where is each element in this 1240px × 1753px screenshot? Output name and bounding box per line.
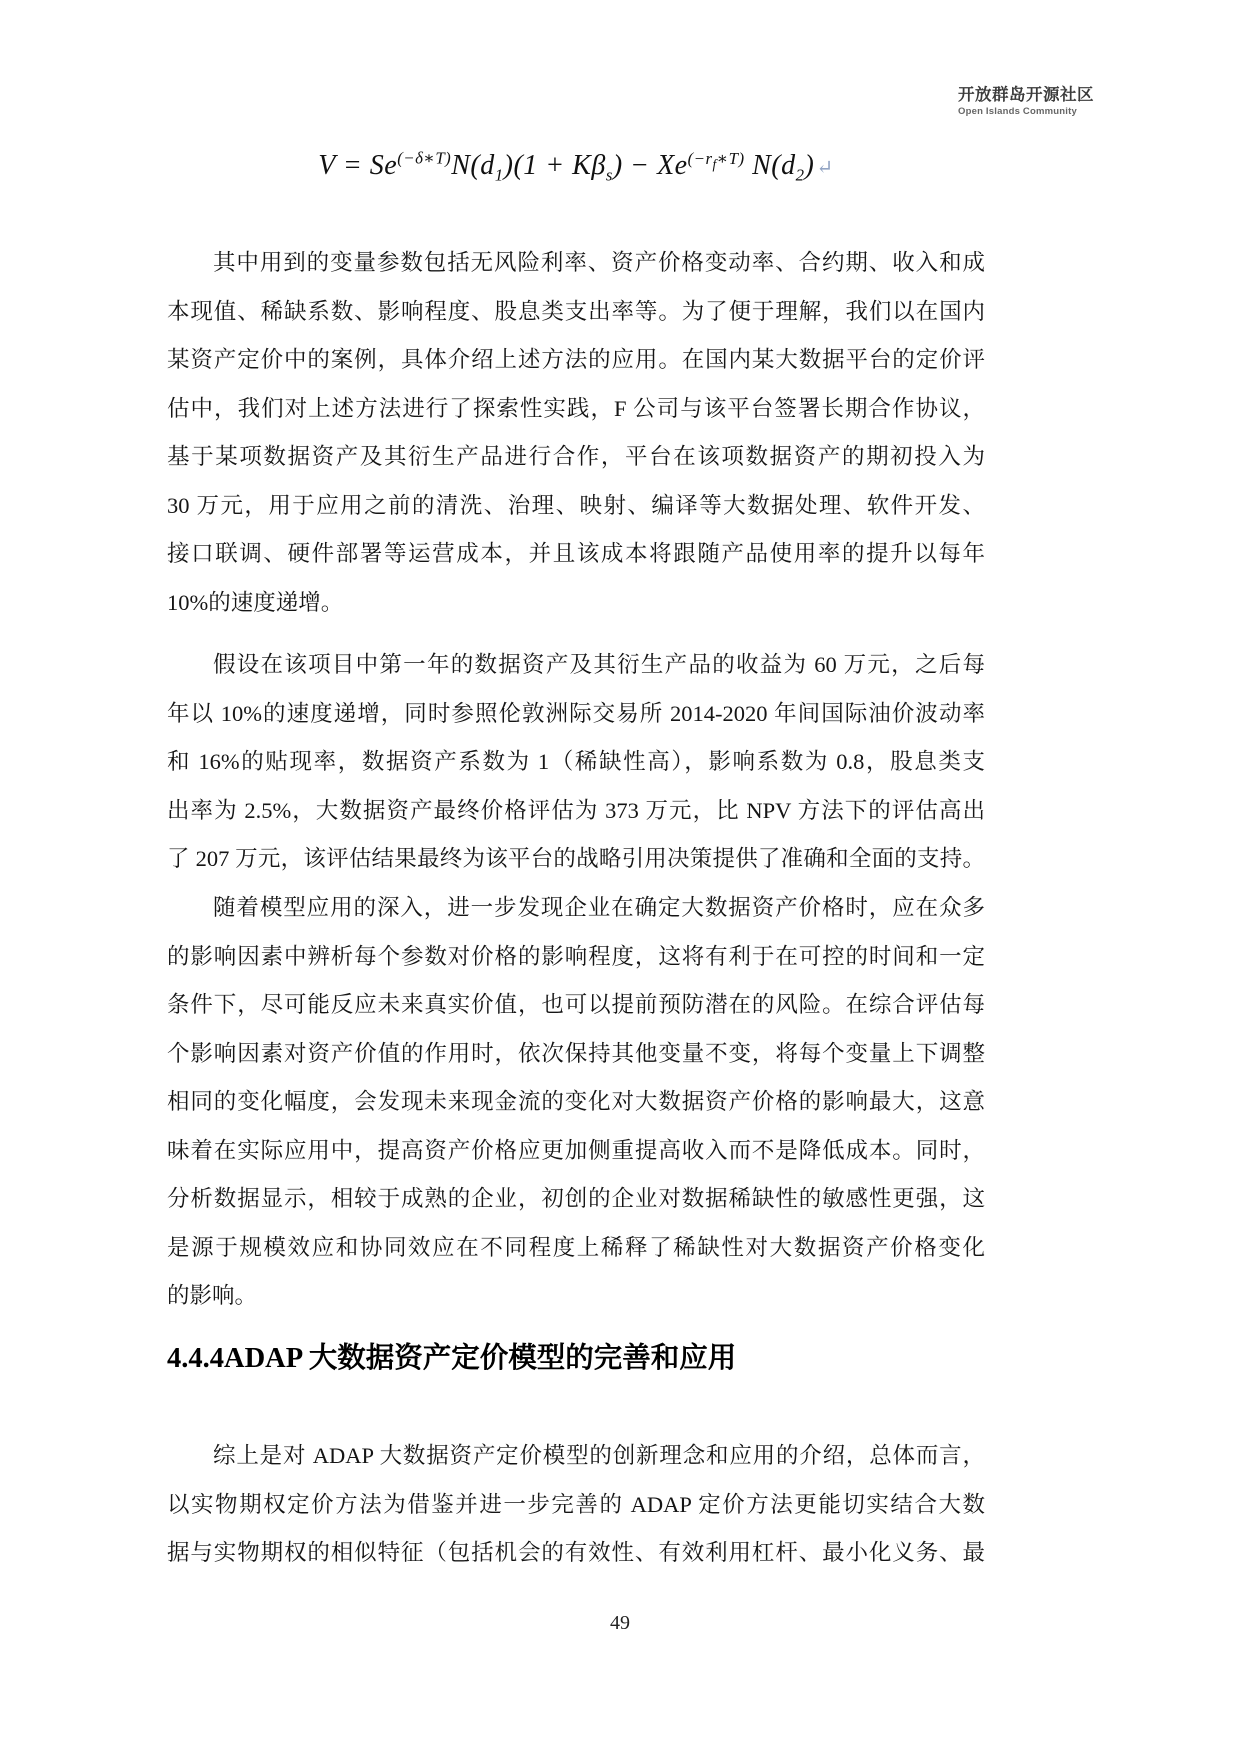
text-line: 是源于规模效应和协同效应在不同程度上稀释了稀缺性对大数据资产价格变化 <box>167 1224 985 1273</box>
paragraph-4: 综上是对 ADAP 大数据资产定价模型的创新理念和应用的介绍，总体而言， 以实物… <box>167 1432 985 1578</box>
formula-n2-end: ) <box>805 150 815 181</box>
text-line: 30 万元，用于应用之前的清洗、治理、映射、编译等大数据处理、软件开发、 <box>167 482 985 531</box>
formula-mid1: )(1 + Kβ <box>504 150 606 181</box>
org-logo: 开放群岛开源社区 Open Islands Community <box>903 76 1053 128</box>
paragraph-return-icon: ↵ <box>816 157 833 179</box>
text-line: 其中用到的变量参数包括无风险利率、资产价格变动率、合约期、收入和成 <box>167 239 985 288</box>
formula-exp2-a: (−r <box>688 149 713 168</box>
paragraph-2: 假设在该项目中第一年的数据资产及其衍生产品的收益为 60 万元，之后每 年以 1… <box>167 641 985 884</box>
text-line: 假设在该项目中第一年的数据资产及其衍生产品的收益为 60 万元，之后每 <box>167 641 985 690</box>
text-line: 某资产定价中的案例，具体介绍上述方法的应用。在国内某大数据平台的定价评 <box>167 336 985 385</box>
paragraph-3: 随着模型应用的深入，进一步发现企业在确定大数据资产价格时，应在众多 的影响因素中… <box>167 884 985 1321</box>
text-line: 的影响因素中辨析每个参数对价格的影响程度，这将有利于在可控的时间和一定 <box>167 933 985 982</box>
formula-lead: V = Se <box>318 150 397 181</box>
formula-exp2-b: ∗T) <box>717 149 745 168</box>
text-line: 出率为 2.5%，大数据资产最终价格评估为 373 万元，比 NPV 方法下的评… <box>167 787 985 836</box>
logo-cn-name: 开放群岛开源社区 <box>958 86 1094 105</box>
document-page: 开放群岛开源社区 Open Islands Community V = Se(−… <box>0 0 1240 1753</box>
text-line: 据与实物期权的相似特征（包括机会的有效性、有效利用杠杆、最小化义务、最 <box>167 1529 985 1578</box>
formula-exponent-2: (−rf∗T) <box>688 149 745 168</box>
text-line: 相同的变化幅度，会发现未来现金流的变化对大数据资产价格的影响最大，这意 <box>167 1078 985 1127</box>
text-line: 接口联调、硬件部署等运营成本，并且该成本将跟随产品使用率的提升以每年 <box>167 530 985 579</box>
formula-exponent-1: (−δ∗T) <box>397 149 451 168</box>
text-line: 味着在实际应用中，提高资产价格应更加侧重提高收入而不是降低成本。同时， <box>167 1127 985 1176</box>
text-line: 以实物期权定价方法为借鉴并进一步完善的 ADAP 定价方法更能切实结合大数 <box>167 1481 985 1530</box>
page-number: 49 <box>0 1612 1240 1635</box>
text-line: 个影响因素对资产价值的作用时，依次保持其他变量不变，将每个变量上下调整 <box>167 1030 985 1079</box>
section-heading: 4.4.4ADAP 大数据资产定价模型的完善和应用 <box>167 1340 1067 1377</box>
logo-en-name: Open Islands Community <box>958 107 1094 118</box>
text-line: 10%的速度递增。 <box>167 579 985 628</box>
text-line: 基于某项数据资产及其衍生产品进行合作，平台在该项数据资产的期初投入为 <box>167 433 985 482</box>
starburst-icon <box>903 79 950 126</box>
text-line: 条件下，尽可能反应未来真实价值，也可以提前预防潜在的风险。在综合评估每 <box>167 981 985 1030</box>
pricing-formula: V = Se(−δ∗T)N(d1)(1 + Kβs) − Xe(−rf∗T) N… <box>167 150 985 182</box>
text-line: 了 207 万元，该评估结果最终为该平台的战略引用决策提供了准确和全面的支持。 <box>167 835 985 884</box>
text-line: 和 16%的贴现率，数据资产系数为 1（稀缺性高），影响系数为 0.8，股息类支 <box>167 738 985 787</box>
formula-n2-sub: 2 <box>796 166 805 185</box>
text-line: 综上是对 ADAP 大数据资产定价模型的创新理念和应用的介绍，总体而言， <box>167 1432 985 1481</box>
text-line: 随着模型应用的深入，进一步发现企业在确定大数据资产价格时，应在众多 <box>167 884 985 933</box>
formula-n2: N(d <box>745 150 796 181</box>
formula-n1-sub: 1 <box>495 166 504 185</box>
text-line: 分析数据显示，相较于成熟的企业，初创的企业对数据稀缺性的敏感性更强，这 <box>167 1175 985 1224</box>
text-line: 本现值、稀缺系数、影响程度、股息类支出率等。为了便于理解，我们以在国内 <box>167 288 985 337</box>
formula-n1: N(d <box>451 150 495 181</box>
formula-beta-sub: s <box>606 166 613 185</box>
formula-mid2: ) − Xe <box>613 150 688 181</box>
text-line: 年以 10%的速度递增，同时参照伦敦洲际交易所 2014-2020 年间国际油价… <box>167 690 985 739</box>
logo-text: 开放群岛开源社区 Open Islands Community <box>958 86 1094 118</box>
paragraph-1: 其中用到的变量参数包括无风险利率、资产价格变动率、合约期、收入和成 本现值、稀缺… <box>167 239 985 627</box>
text-line: 估中，我们对上述方法进行了探索性实践，F 公司与该平台签署长期合作协议， <box>167 385 985 434</box>
text-line: 的影响。 <box>167 1272 985 1321</box>
